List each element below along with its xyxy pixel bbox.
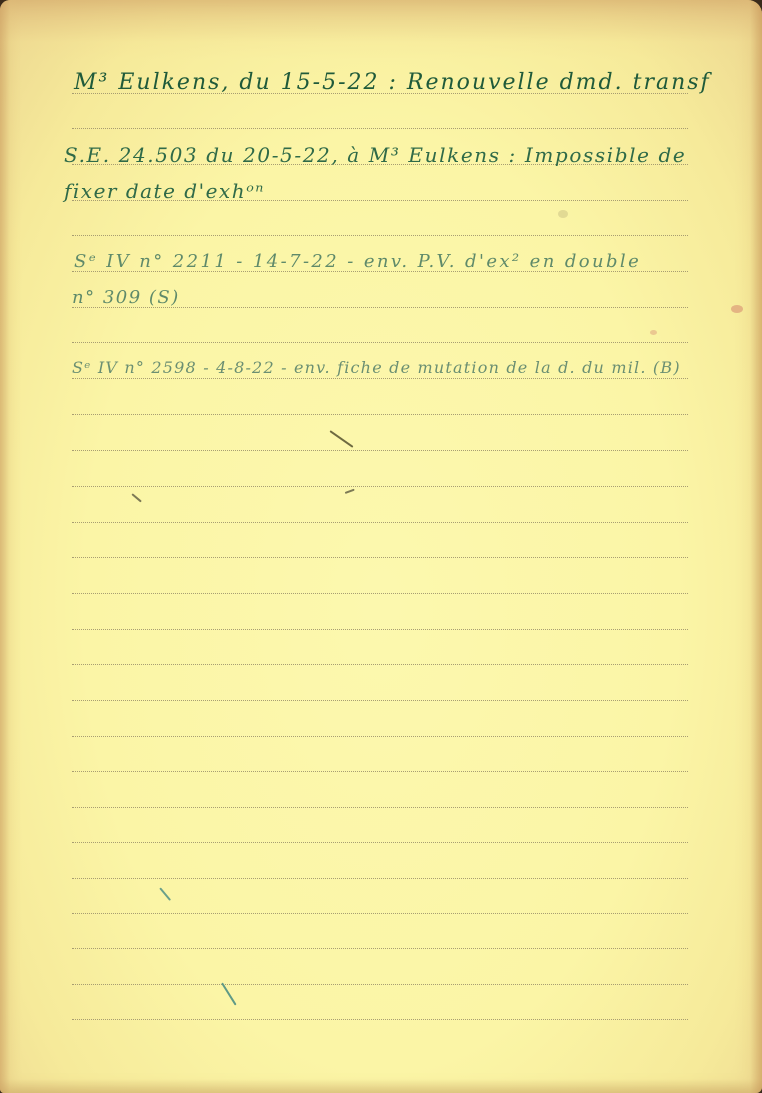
ruled-line bbox=[72, 342, 688, 343]
pencil-mark bbox=[345, 489, 355, 494]
ruled-line bbox=[72, 913, 688, 914]
red-stain bbox=[731, 305, 743, 313]
ruled-line bbox=[72, 948, 688, 949]
ruled-line bbox=[72, 878, 688, 879]
ruled-line bbox=[72, 522, 688, 523]
entry-1-line-1: M³ Eulkens, du 15-5-22 : Renouvelle dmd.… bbox=[74, 72, 711, 94]
red-stain bbox=[650, 330, 657, 335]
entry-3-line-1: Sᵉ IV n° 2211 - 14-7-22 - env. P.V. d'ex… bbox=[74, 253, 641, 271]
pencil-mark bbox=[159, 887, 171, 901]
index-card: M³ Eulkens, du 15-5-22 : Renouvelle dmd.… bbox=[0, 0, 762, 1093]
ruled-line bbox=[72, 771, 688, 772]
ruled-line bbox=[72, 486, 688, 487]
ruled-line bbox=[72, 736, 688, 737]
pencil-mark bbox=[131, 493, 141, 502]
ruled-line bbox=[72, 664, 688, 665]
entry-3-line-2: n° 309 (S) bbox=[72, 289, 180, 307]
ruled-line bbox=[72, 414, 688, 415]
ruled-line bbox=[72, 984, 688, 985]
entry-4-line-1: Sᵉ IV n° 2598 - 4-8-22 - env. fiche de m… bbox=[72, 360, 681, 376]
entry-2-line-1: S.E. 24.503 du 20-5-22, à M³ Eulkens : I… bbox=[64, 145, 686, 165]
pencil-mark bbox=[221, 982, 236, 1005]
ruled-line bbox=[72, 557, 688, 558]
ruled-line bbox=[72, 807, 688, 808]
entry-2-line-2: fixer date d'exhᵒⁿ bbox=[64, 181, 265, 201]
ruled-line bbox=[72, 235, 688, 236]
ruled-line bbox=[72, 700, 688, 701]
ruled-line bbox=[72, 1019, 688, 1020]
ruled-line bbox=[72, 378, 688, 379]
pencil-mark bbox=[329, 430, 353, 448]
ruled-line bbox=[72, 629, 688, 630]
ruled-line bbox=[72, 450, 688, 451]
ruled-line bbox=[72, 128, 688, 129]
ruled-line bbox=[72, 593, 688, 594]
dot-stain bbox=[558, 210, 568, 218]
ruled-line bbox=[72, 842, 688, 843]
